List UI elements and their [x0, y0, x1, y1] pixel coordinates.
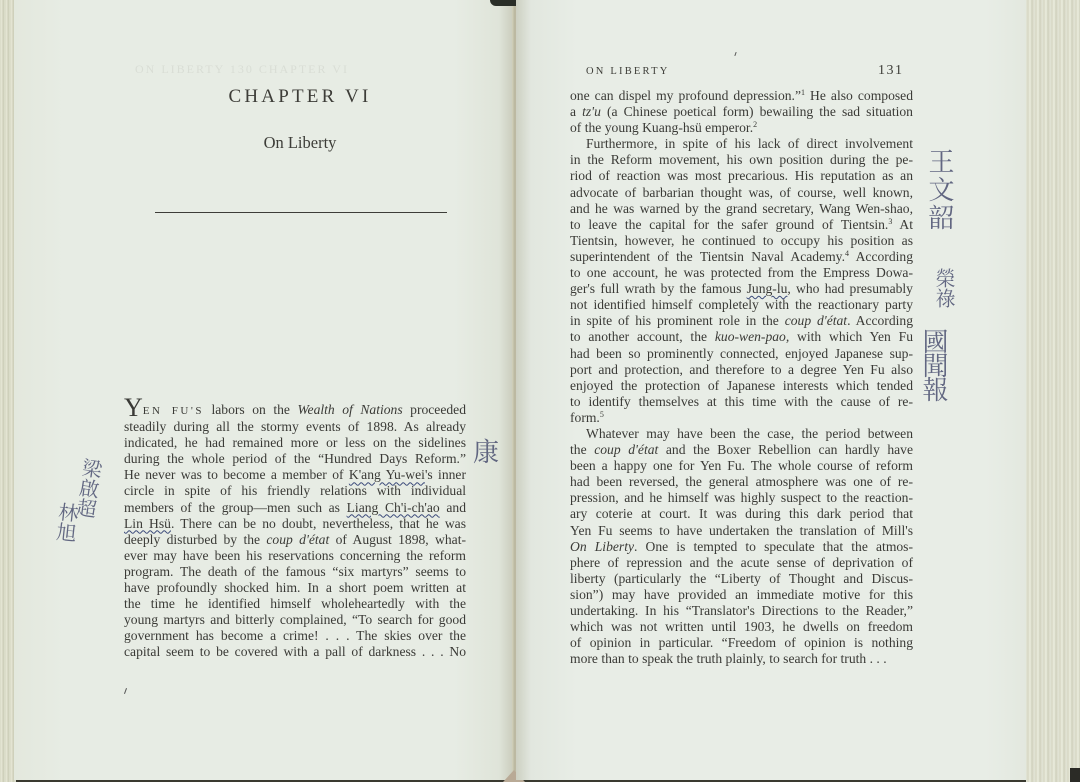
- text-line: to one account, he was protected from th…: [570, 265, 913, 281]
- text-line: sion”) may have provided an immediate mo…: [570, 587, 913, 603]
- underlined-name: Liang Ch'i-ch'ao: [347, 500, 440, 515]
- underlined-name: Jung-lu: [747, 281, 788, 296]
- text-line: port and protection, and therefore to a …: [570, 362, 913, 378]
- text-line: pression, and he himself was highly susp…: [570, 490, 913, 506]
- text-line: to leave the capital for the safer groun…: [570, 217, 913, 233]
- handwritten-note-wang-wenshao: 王文韶: [926, 148, 952, 232]
- open-book: ON LIBERTY 130 CHAPTER VI CHAPTER VI On …: [0, 0, 1080, 782]
- chapter-divider: [155, 212, 447, 213]
- book-title: Wealth of Nations: [297, 402, 402, 417]
- text-line: one can dispel my profound depression.”1…: [570, 88, 913, 104]
- text-line: riod of reaction was most precarious. Hi…: [570, 168, 913, 184]
- text-line: members of the group—men such as Liang C…: [124, 500, 466, 516]
- text-line: ever may have been his reservations conc…: [124, 548, 466, 564]
- text-line: Tientsin, however, he continued to occup…: [570, 233, 913, 249]
- text-line: had been reversed, the general atmospher…: [570, 474, 913, 490]
- text-line: undertaking. In his “Translator's Direct…: [570, 603, 913, 619]
- text-line: advocate of barbarian thought was, of co…: [570, 185, 913, 201]
- text-line: Lin Hsü. There can be no doubt, neverthe…: [124, 516, 466, 532]
- text-line: government has become a crime! . . . The…: [124, 628, 466, 644]
- text-line: which was not written until 1903, he dwe…: [570, 619, 913, 635]
- text-line: capital seem to be covered with a pall o…: [124, 644, 466, 660]
- text-line: more than to speak the truth plainly, to…: [570, 651, 913, 667]
- chapter-title: On Liberty: [120, 133, 480, 153]
- handwritten-note-guowenbao: 國聞報: [920, 328, 946, 400]
- text-line: Yen Fu seems to have undertaken the tran…: [570, 523, 913, 539]
- text-line: circle in spite of his friendly relation…: [124, 483, 466, 499]
- left-page: [14, 0, 514, 780]
- handwritten-note-kang: 康: [473, 440, 499, 466]
- book-title: On Liberty: [570, 539, 634, 554]
- text-line: steadily during all the stormy events of…: [124, 419, 466, 435]
- text-line: ary coterie at court. It was during this…: [570, 506, 913, 522]
- text-line: Furthermore, in spite of his lack of dir…: [570, 136, 913, 152]
- text-line: On Liberty. One is tempted to speculate …: [570, 539, 913, 555]
- text-line: the coup d'état and the Boxer Rebellion …: [570, 442, 913, 458]
- text-line: indicated, he had remained more or less …: [124, 435, 466, 451]
- text-line: form.5: [570, 410, 913, 426]
- text-line: enjoyed the protection of Japanese inter…: [570, 378, 913, 394]
- text-line: have profoundly shocked him. In a short …: [124, 580, 466, 596]
- text-line: He never was to become a member of K'ang…: [124, 467, 466, 483]
- text-line: phere of repression and the acute sense …: [570, 555, 913, 571]
- text-line: to identify themselves at this time with…: [570, 394, 913, 410]
- right-page-edges: [1026, 0, 1080, 782]
- text-line: not identified himself completely with t…: [570, 297, 913, 313]
- text-line: had been so prominently connected, enjoy…: [570, 346, 913, 362]
- underlined-name: K'ang Yu-wei: [349, 467, 425, 482]
- handwritten-note-ronglu: 榮祿: [934, 268, 954, 308]
- text-line: young martyrs and bitterly complained, “…: [124, 612, 466, 628]
- text-line: in spite of his prominent role in the co…: [570, 313, 913, 329]
- text-line: in the Reform movement, his own position…: [570, 152, 913, 168]
- text-line: of the young Kuang-hsü emperor.2: [570, 120, 913, 136]
- bleed-through-text: ON LIBERTY 130 CHAPTER VI: [135, 62, 465, 77]
- text-line: Whatever may have been the case, the per…: [570, 426, 913, 442]
- underlined-name: Lin Hsü: [124, 516, 171, 531]
- text-line: the time he identified himself wholehear…: [124, 596, 466, 612]
- text-line: during the whole period of the “Hundred …: [124, 451, 466, 467]
- text-line: deeply disturbed by the coup d'état of A…: [124, 532, 466, 548]
- text-line: and he was warned by the grand secretary…: [570, 201, 913, 217]
- running-head: ON LIBERTY: [586, 66, 670, 77]
- page-number: 131: [878, 63, 904, 79]
- left-page-body: YEN FU'S labors on the Wealth of Nations…: [124, 400, 466, 661]
- text-line: program. The death of the famous “six ma…: [124, 564, 466, 580]
- right-page-body: one can dispel my profound depression.”1…: [570, 88, 913, 667]
- handwritten-note-lin-xu: 林旭: [54, 501, 78, 543]
- text-line: ger's full wrath by the famous Jung-lu, …: [570, 281, 913, 297]
- text-line: of opinion in particular. “Freedom of op…: [570, 635, 913, 651]
- footnote-ref: 5: [600, 410, 604, 419]
- text-line: been a happy one for Yen Fu. The whole c…: [570, 458, 913, 474]
- drop-cap: Y: [124, 393, 143, 422]
- text-line: superintendent of the Tientsin Naval Aca…: [570, 249, 913, 265]
- text-line: liberty (particularly the “Liberty of Th…: [570, 571, 913, 587]
- chapter-heading: CHAPTER VI: [120, 86, 480, 108]
- footnote-ref: 2: [753, 120, 757, 129]
- text-line: a tz'u (a Chinese poetical form) bewaili…: [570, 104, 913, 120]
- text-line: to another account, the kuo-wen-pao, wit…: [570, 329, 913, 345]
- small-caps-lead: EN FU'S: [143, 405, 204, 417]
- text-line: YEN FU'S labors on the Wealth of Nations…: [124, 400, 466, 419]
